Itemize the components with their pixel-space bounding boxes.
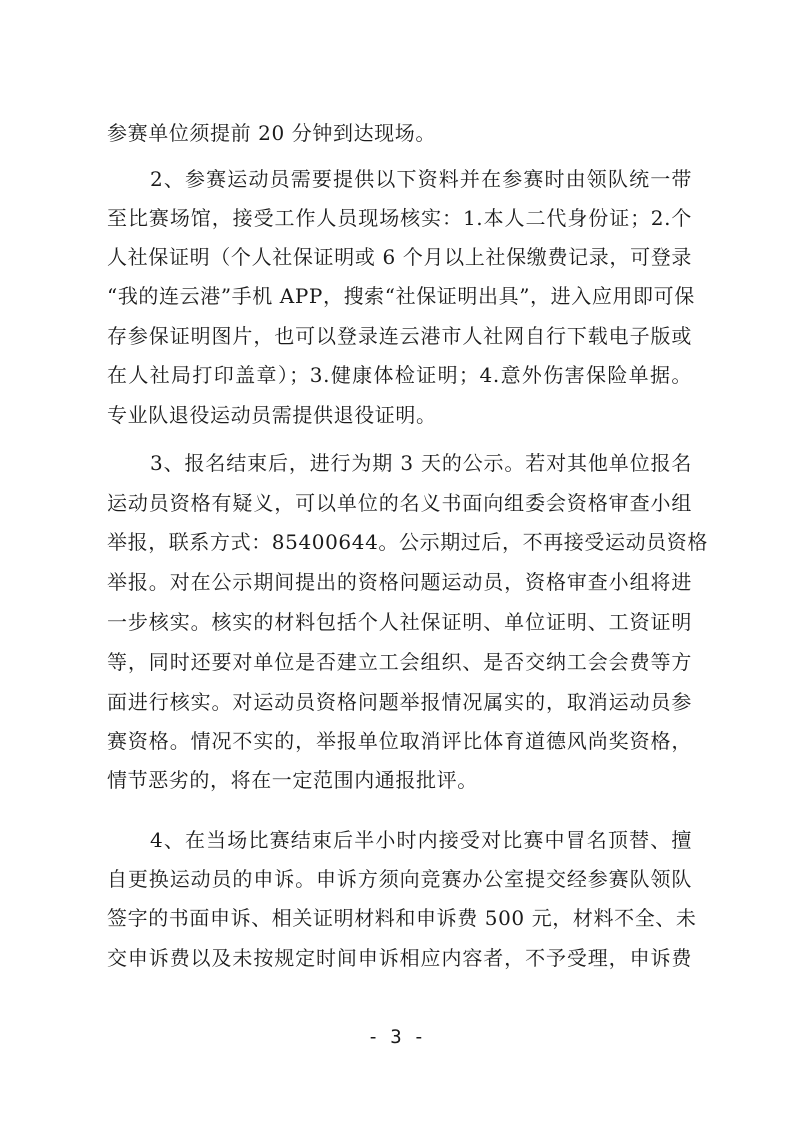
text-line-item-2-start: 2、参赛运动员需要提供以下资料并在参赛时由领队统一带 <box>150 159 692 199</box>
text-line: 举报，联系方式：85400644。公示期过后，不再接受运动员资格 <box>107 522 692 562</box>
text-line-item-4-start: 4、在当场比赛结束后半小时内接受对比赛中冒名顶替、擅 <box>150 820 692 860</box>
text-line: 等，同时还要对单位是否建立工会组织、是否交纳工会会费等方 <box>107 642 692 682</box>
text-line: 在人社局打印盖章）；3.健康体检证明；4.意外伤害保险单据。 <box>107 355 692 395</box>
text-line: 参赛单位须提前 20 分钟到达现场。 <box>107 113 692 153</box>
page-number: - 3 - <box>0 1022 792 1052</box>
text-line: 赛资格。情况不实的，举报单位取消评比体育道德风尚奖资格， <box>107 721 692 761</box>
document-page: 参赛单位须提前 20 分钟到达现场。 2、参赛运动员需要提供以下资料并在参赛时由… <box>0 0 792 1122</box>
text-line: “我的连云港”手机 APP，搜索“社保证明出具”，进入应用即可保 <box>107 276 692 316</box>
text-line: 一步核实。核实的材料包括个人社保证明、单位证明、工资证明 <box>107 602 692 642</box>
text-line-item-3-start: 3、报名结束后，进行为期 3 天的公示。若对其他单位报名 <box>150 443 692 483</box>
text-line: 至比赛场馆，接受工作人员现场核实：1.本人二代身份证；2.个 <box>107 198 692 238</box>
text-line: 存参保证明图片，也可以登录连云港市人社网自行下载电子版或 <box>107 316 692 356</box>
text-line: 签字的书面申诉、相关证明材料和申诉费 500 元，材料不全、未 <box>107 898 692 938</box>
text-line: 情节恶劣的，将在一定范围内通报批评。 <box>107 760 692 800</box>
text-line: 自更换运动员的申诉。申诉方须向竞赛办公室提交经参赛队领队 <box>107 859 692 899</box>
text-line: 运动员资格有疑义，可以单位的名义书面向组委会资格审查小组 <box>107 483 692 523</box>
text-line: 人社保证明（个人社保证明或 6 个月以上社保缴费记录，可登录 <box>107 237 692 277</box>
text-line: 交申诉费以及未按规定时间申诉相应内容者，不予受理，申诉费 <box>107 938 692 978</box>
text-line: 专业队退役运动员需提供退役证明。 <box>107 395 692 435</box>
text-line: 面进行核实。对运动员资格问题举报情况属实的，取消运动员参 <box>107 682 692 722</box>
text-line: 举报。对在公示期间提出的资格问题运动员，资格审查小组将进 <box>107 562 692 602</box>
